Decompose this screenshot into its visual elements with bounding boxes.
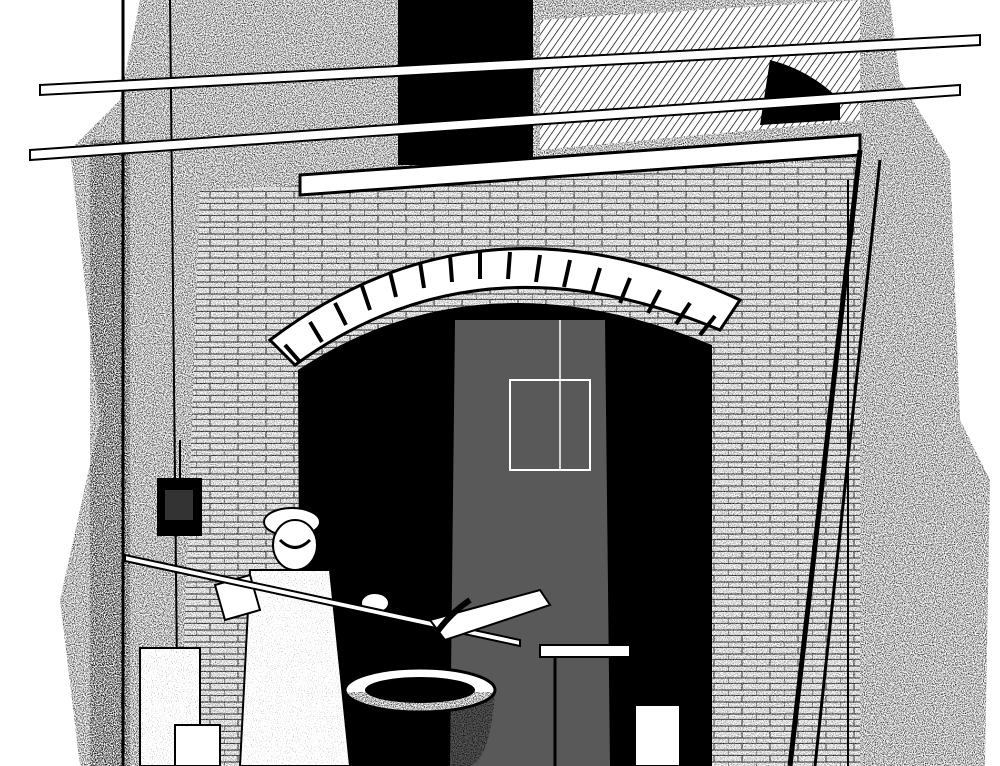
furnace-etching: [0, 0, 1000, 766]
